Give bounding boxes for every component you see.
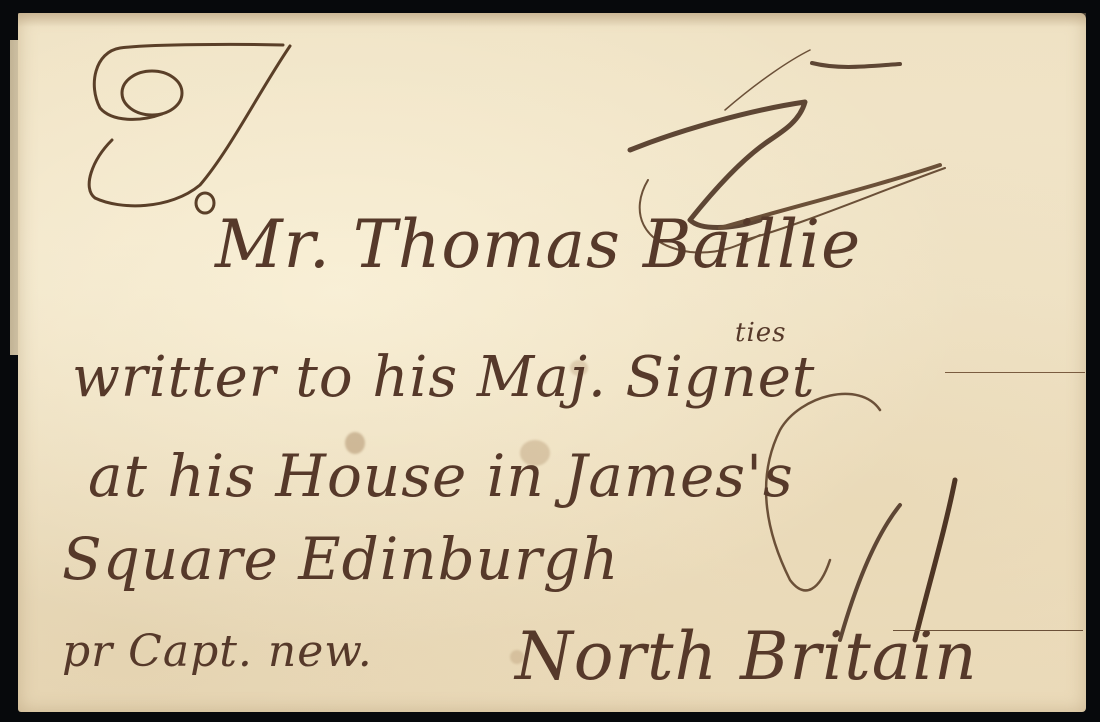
ruled-line — [945, 372, 1085, 373]
recipient-name: Mr. Thomas Baillie — [215, 206, 861, 283]
ruled-line — [893, 630, 1083, 631]
superscript-abbrev: ties — [735, 318, 787, 348]
address-line-city: Square Edinburgh — [62, 525, 619, 593]
address-line-house: at his House in James's — [88, 442, 794, 510]
carrier-note: pr Capt. new. — [62, 626, 373, 677]
address-line-title: writter to his Maj. Signet — [72, 345, 815, 410]
